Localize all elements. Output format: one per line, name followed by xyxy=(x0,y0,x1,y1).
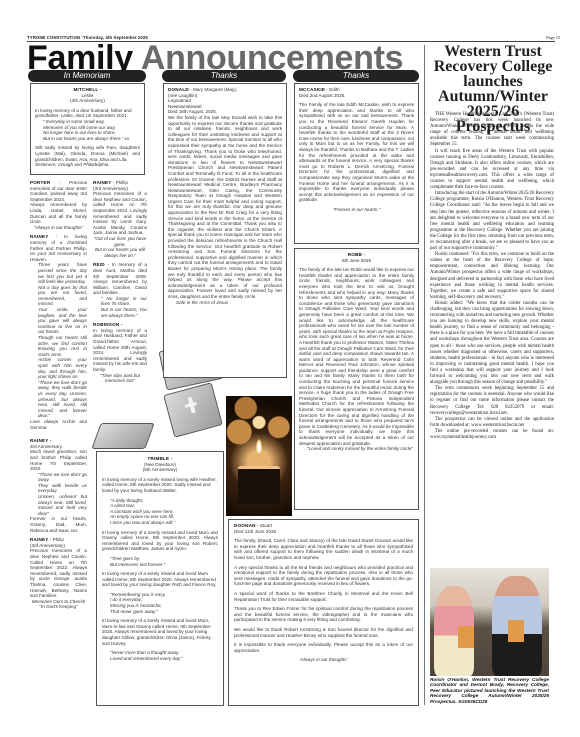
photo-caption: Roisin O'Hanlon, Western Trust Recovery … xyxy=(430,677,549,704)
notice-first: - Edith xyxy=(325,87,340,92)
page-number: Page 15 xyxy=(520,35,560,40)
column-divider xyxy=(424,45,425,705)
notice-closing: "Loved and sorely missed by the entire f… xyxy=(299,446,414,452)
verse-line: "Time slips past but memories last" xyxy=(93,373,147,384)
notice-text: In loving memory of a sorely missed and … xyxy=(102,530,218,552)
article-paragraph: THE Western Health and Social Care Trust… xyxy=(430,112,554,149)
candle-image xyxy=(226,396,292,516)
notice-doonan: DOONAN - Stuart Died 11th June 2025 The … xyxy=(228,519,419,706)
notice-text: Always remembered by Linda, Isobel, Muri… xyxy=(30,202,87,224)
notice-text: In loving memory of a sorely missed and … xyxy=(102,618,218,646)
verse-line: "Out of our lives you have gone, xyxy=(93,236,147,247)
article-photo xyxy=(430,568,549,676)
notice-name: ROBB - xyxy=(348,252,366,257)
notice-first: - Phillip xyxy=(112,180,128,185)
verse-line: But in our hearts you will always live o… xyxy=(93,247,147,258)
notice-text: Much loved grandson, son and brother Phi… xyxy=(30,449,87,471)
article-paragraph: The prospectus can be viewed online and … xyxy=(430,417,554,429)
verse-line: But in our hearts you are always there."… xyxy=(35,136,140,142)
notice-text: Precious memories of a dear Nephew and C… xyxy=(93,191,147,236)
verse-line: Three years have passed since the day we… xyxy=(30,262,87,284)
bible-icon xyxy=(91,423,154,449)
verse-line: Loved and remembered every day." xyxy=(102,656,218,662)
notice-rainey-phillip: RAINEY - Phillip (3rd Anniversary) Preci… xyxy=(93,180,147,384)
verse-line: Unseen, unheard but always near. Still l… xyxy=(30,494,87,516)
article-body: THE Western Health and Social Care Trust… xyxy=(430,112,554,441)
notice-text: In loving memory of a dear husband, fath… xyxy=(35,108,140,119)
notice-name: DONALD xyxy=(168,87,189,92)
verse-line: " No longer in our lives To share, xyxy=(93,296,147,307)
notice-text: We the family of the late May Donald wis… xyxy=(168,115,282,300)
notice-text: Precious memories of a dear Nephew and C… xyxy=(30,548,87,598)
notice-text: Thank you to Rev Edwin Frazer for his sp… xyxy=(234,606,413,623)
notice-name: DOONAN xyxy=(234,523,256,528)
verse-line: "Always in our thoughts" xyxy=(30,225,87,231)
notice-text: A very special thanks to all the kind fr… xyxy=(234,565,413,587)
notice-first: - Philip xyxy=(49,537,64,542)
notice-name: RAINEY - xyxy=(30,438,52,443)
section-in-memoriam: In Memoriam xyxy=(28,70,146,82)
notice-text: Still sadly missed by loving wife Pam, d… xyxy=(35,145,140,162)
notice-name: MCCASKIE xyxy=(299,87,325,92)
notice-text: The Family of the late Edith McCaskie, w… xyxy=(299,102,414,203)
notice-robb: ROBB - 6th June 2025 The family of the l… xyxy=(294,248,419,510)
notice-text: The family of the late Ian Robb would li… xyxy=(299,267,414,446)
notice-name: TRIMBLE - xyxy=(147,456,172,461)
prospectus-booklet xyxy=(458,626,474,648)
notice-name: REID xyxy=(93,262,105,267)
notice-name: RAINEY xyxy=(30,537,49,542)
notice-first: - Stuart xyxy=(256,523,272,528)
article-paragraph: The term commences week beginning Septem… xyxy=(430,386,554,416)
verse-line: Not a day goes by that you are not loved… xyxy=(30,285,87,307)
notice-closing: "Forever in our hearts." xyxy=(299,207,414,213)
section-thanks-2: Thanks xyxy=(293,70,419,82)
notice-text: - In memory of a dear Aunt, Martha died … xyxy=(93,262,147,295)
verse-line: But in our hearts, You are always there.… xyxy=(93,307,147,318)
notice-text: In loving memory of a dear Husband, Fath… xyxy=(93,328,147,373)
verse-line: "In God's Keeping" xyxy=(30,604,87,610)
notice-first: - Mary Margaret (May), xyxy=(189,87,237,92)
verse-line: "Those we love don't go away, they walk … xyxy=(30,380,87,419)
notice-porter: PORTER - Precious memories of our dear s… xyxy=(30,180,87,610)
header-rule-right xyxy=(428,41,555,42)
notice-location: Seskinore, Omagh and Philadelphia. xyxy=(35,162,140,168)
notice-text: The family, (David, Carol, Clara and Sta… xyxy=(234,538,413,560)
bible-icon xyxy=(163,382,223,437)
notice-text: In loving memory of a sorely missed and … xyxy=(102,571,218,588)
notice-mitchell: MITCHELL - Leslie (4th Anniversary) In l… xyxy=(30,83,145,175)
article-paragraph: Roisin continued: "For this term, we con… xyxy=(430,252,554,301)
article-paragraph: The online pre-recorded courses can be f… xyxy=(430,429,554,441)
notice-mccaskie: MCCASKIE - Edith Died 2nd August 2025. T… xyxy=(294,83,419,244)
notice-text: A special word of thanks to the Brethren… xyxy=(234,591,413,602)
notice-closing: 'Always in our thoughts' xyxy=(234,657,413,663)
notice-name: ROBINSON - xyxy=(93,322,123,327)
verse-line: "Those we love don't go away. xyxy=(30,472,87,483)
notice-name: RAINEY xyxy=(30,234,49,239)
notice-name: MITCHELL - xyxy=(74,87,102,92)
verse-line: Though our hearts still ache, we find co… xyxy=(30,335,87,357)
article-paragraph: It will reach five areas of the Western … xyxy=(430,149,554,192)
verse-line: Your smile, your laughter, and the love … xyxy=(30,307,87,335)
prospectus-booklet xyxy=(508,620,524,642)
notice-text: It is impossible to thank everyone indiv… xyxy=(234,642,413,653)
notice-donald: DONALD - Mary Margaret (May), (nee Laugh… xyxy=(163,83,287,378)
notice-name: PORTER xyxy=(30,180,50,185)
notice-name: RAINEY xyxy=(93,180,112,185)
article-paragraph: Roisin added: "We know that the colder m… xyxy=(430,301,554,386)
notice-trimble: TRIMBLE - (Nee Davidson) (5th Anniversar… xyxy=(96,451,224,706)
notice-sign: Forever in our hearts, Granny, Dad, Mum,… xyxy=(30,516,87,533)
notice-sign: Love always Archie and Gemma xyxy=(30,419,87,430)
article-paragraph: Introducing the start of the Autumn/Wint… xyxy=(430,191,554,252)
notice-text: We would like to thank Robert Armstrong … xyxy=(234,627,413,638)
notice-text: In loving memory of a sorely missed lovi… xyxy=(102,477,218,494)
verse-line: Archie carries your spirit with him ever… xyxy=(30,357,87,379)
section-thanks: Thanks xyxy=(162,70,286,82)
verse-line: They walk beside us everyday. xyxy=(30,483,87,494)
notice-closing: Safe in the Arms of Jesus xyxy=(168,300,282,306)
